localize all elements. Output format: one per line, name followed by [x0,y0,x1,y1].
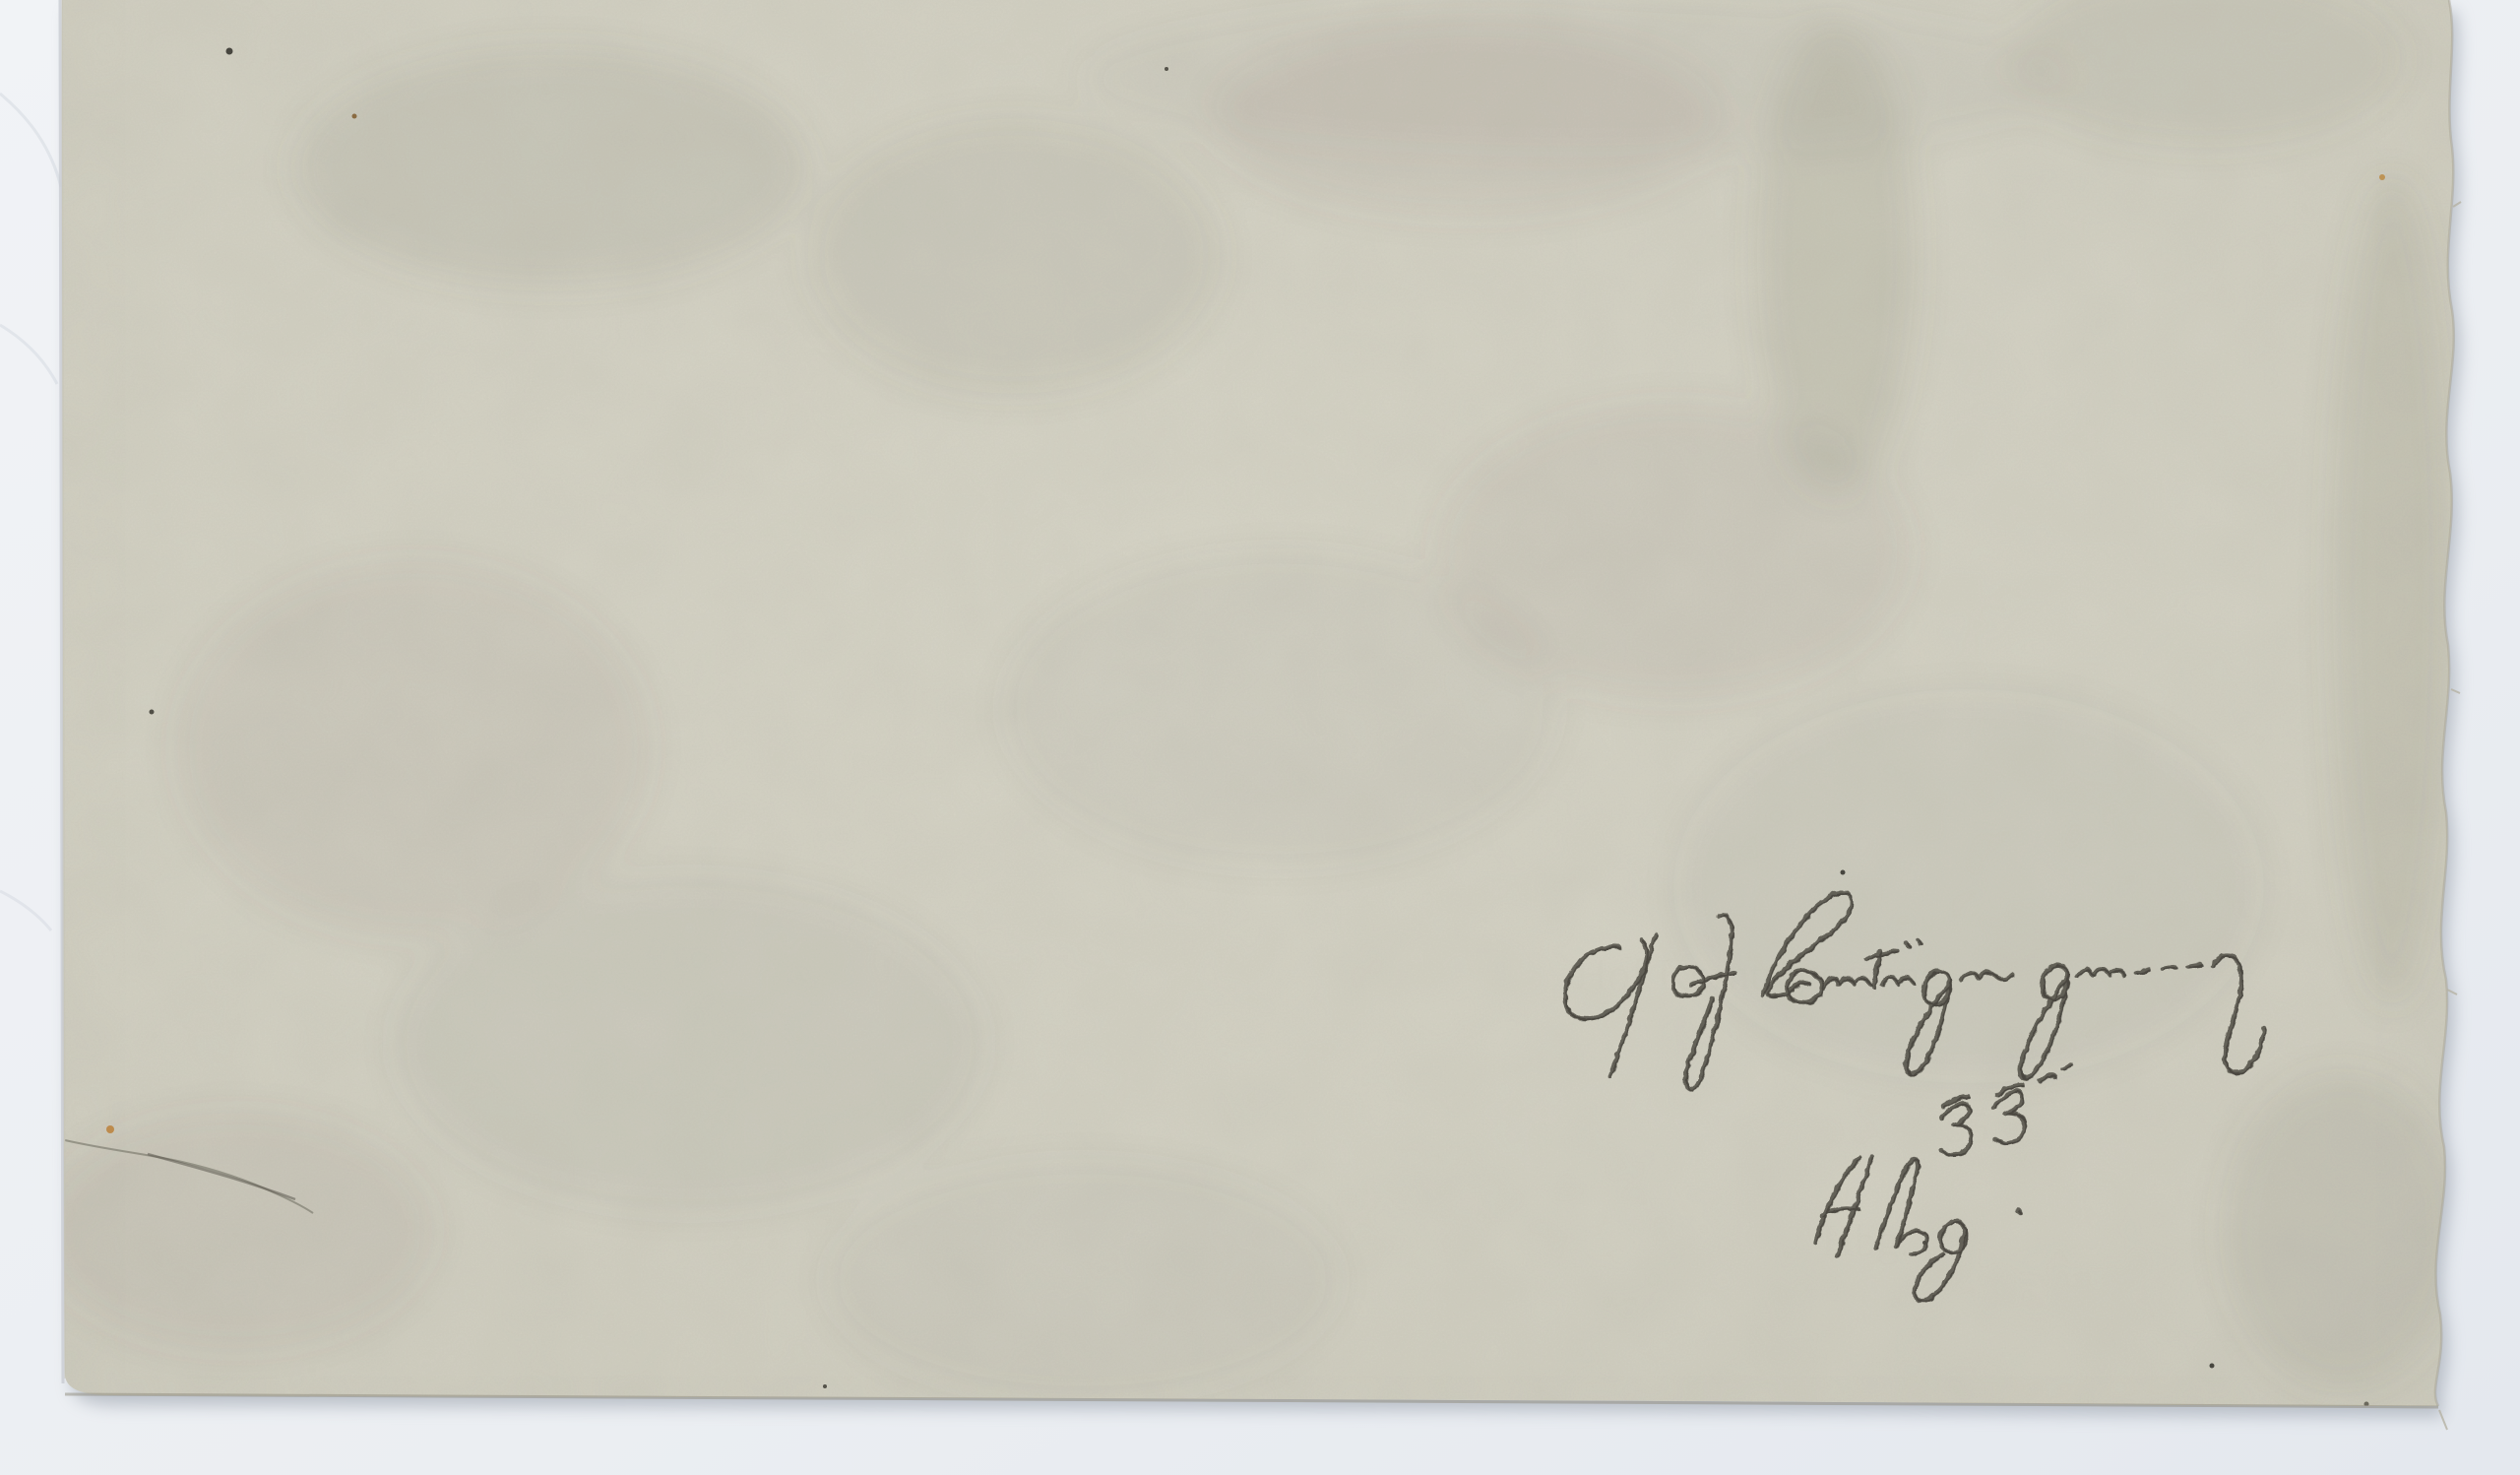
paper-texture [39,0,2461,1413]
photo-canvas: Hof Kornträgergang 55 Hbg. [0,0,2520,1475]
inscription-line-3: Hbg. [1821,1215,1911,1265]
inscription-line-1: Hof Kornträgergang [1575,949,1942,999]
inscription-line-2: 55 [1944,1102,1989,1152]
photograph: Hof Kornträgergang 55 Hbg. [0,0,2520,1475]
